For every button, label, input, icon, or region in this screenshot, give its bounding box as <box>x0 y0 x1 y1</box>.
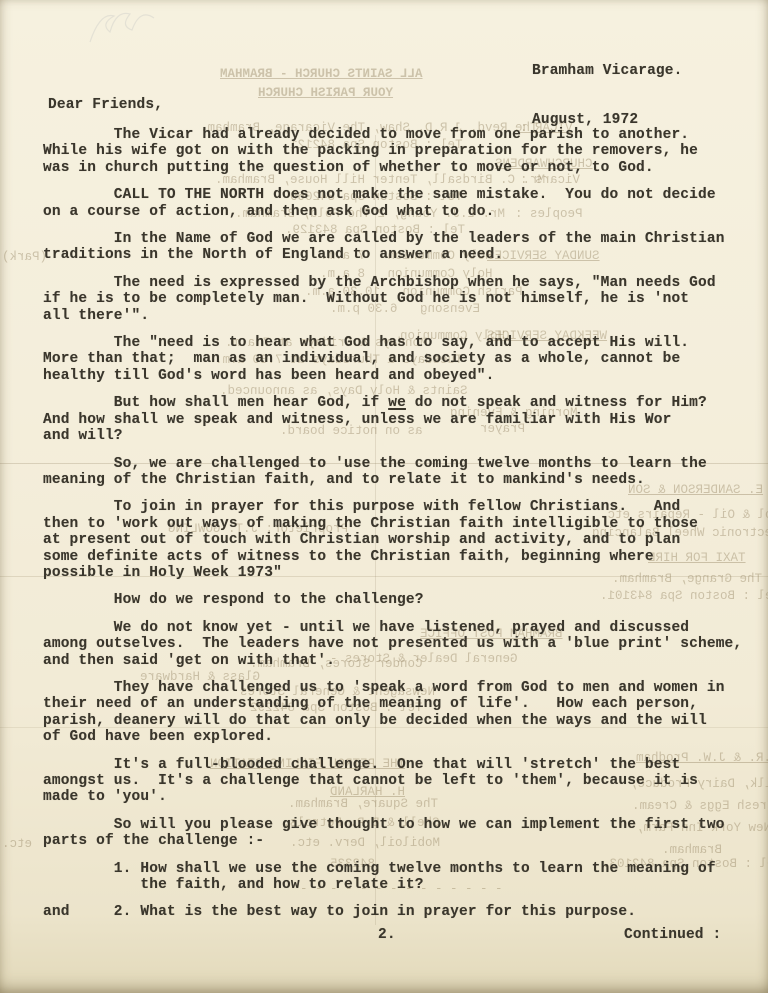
continued-label: Continued : <box>624 927 721 943</box>
bleedthrough-text: YOUR PARISH CHURCH <box>258 86 393 100</box>
text-line: The need is expressed by the Archbishop … <box>43 275 758 291</box>
text-line: all there'". <box>43 308 758 324</box>
text-line: The "need is to hear what God has to say… <box>43 335 758 351</box>
text-line: 1. How shall we use the coming twelve mo… <box>43 861 758 877</box>
text-line: of God have been explored. <box>43 729 758 745</box>
text-line: if he is to be completely man. Without G… <box>43 291 758 307</box>
text-line: So, we are challenged to 'use the coming… <box>43 456 758 472</box>
paragraph: To join in prayer for this purpose with … <box>43 499 758 581</box>
bleedthrough-text: etc. <box>2 837 32 851</box>
text-line: While his wife got on with the packing i… <box>43 143 758 159</box>
text-line: But how shall men hear God, if we do not… <box>43 395 758 411</box>
text-line: parts of the challenge :- <box>43 833 758 849</box>
paragraph: The need is expressed by the Archbishop … <box>43 275 758 324</box>
text-line: CALL TO THE NORTH does not make the same… <box>43 187 758 203</box>
paragraph: In the Name of God we are called by the … <box>43 231 758 264</box>
text-line: The Vicar had already decided to move fr… <box>43 127 758 143</box>
paragraph: We do not know yet - until we have liste… <box>43 620 758 669</box>
text-line: More than that; man as an individual, an… <box>43 351 758 367</box>
text-line: They have challenged us to 'speak a word… <box>43 680 758 696</box>
letter-page: ALL SAINTS CHURCH - BRAMHAMYOUR PARISH C… <box>0 0 768 993</box>
sender-location: Bramham Vicarage. <box>532 63 682 79</box>
paragraph: They have challenged us to 'speak a word… <box>43 680 758 746</box>
text-line: then to 'work out ways of making the Chr… <box>43 516 758 532</box>
bleedthrough-text: ALL SAINTS CHURCH - BRAMHAM <box>220 67 423 81</box>
text-line: To join in prayer for this purpose with … <box>43 499 758 515</box>
paragraph: The "need is to hear what God has to say… <box>43 335 758 384</box>
paragraph: How do we respond to the challenge? <box>43 592 758 608</box>
letter-body: The Vicar had already decided to move fr… <box>43 127 758 932</box>
text-line: was in church putting the question of wh… <box>43 160 758 176</box>
text-line: meaning of the Christian faith, and to r… <box>43 472 758 488</box>
text-line: and then said 'get on with that'. <box>43 653 758 669</box>
text-line: among outselves. The leaders have not pr… <box>43 636 758 652</box>
paragraph: CALL TO THE NORTH does not make the same… <box>43 187 758 220</box>
text-line: It's a full-blooded challenge. One that … <box>43 757 758 773</box>
paragraph: So, we are challenged to 'use the coming… <box>43 456 758 489</box>
text-line: We do not know yet - until we have liste… <box>43 620 758 636</box>
paragraph: The Vicar had already decided to move fr… <box>43 127 758 176</box>
text-line: possible in Holy Week 1973" <box>43 565 758 581</box>
text-line: their need of an understanding of the me… <box>43 696 758 712</box>
paragraph: But how shall men hear God, if we do not… <box>43 395 758 444</box>
text-line: and 2. What is the best way to join in p… <box>43 904 758 920</box>
paragraph: and 2. What is the best way to join in p… <box>43 904 758 920</box>
paragraph: It's a full-blooded challenge. One that … <box>43 757 758 806</box>
text-line: and will? <box>43 428 758 444</box>
letter-date: August, 1972 <box>532 112 682 128</box>
text-line: amongst us. It's a challenge that cannot… <box>43 773 758 789</box>
paragraph: 1. How shall we use the coming twelve mo… <box>43 861 758 894</box>
text-line: In the Name of God we are called by the … <box>43 231 758 247</box>
text-line: And how shall we speak and witness, unle… <box>43 412 758 428</box>
pencil-scribble <box>70 2 180 52</box>
text-line: healthy till God's word has been heard a… <box>43 368 758 384</box>
bleedthrough-text: (Park) <box>2 250 47 264</box>
text-line: made to 'you'. <box>43 789 758 805</box>
text-line: the faith, and how to relate it? <box>43 877 758 893</box>
page-number: 2. <box>378 927 396 943</box>
text-line: some definite acts of witness to the Chr… <box>43 549 758 565</box>
text-line: So will you please give thought to how w… <box>43 817 758 833</box>
text-line: traditions in the North of England to an… <box>43 247 758 263</box>
text-line: parish, deanery will do that can only be… <box>43 713 758 729</box>
text-line: at present out of touch with Christian w… <box>43 532 758 548</box>
text-line: on a course of action, and then ask God … <box>43 204 758 220</box>
paragraph: So will you please give thought to how w… <box>43 817 758 850</box>
salutation: Dear Friends, <box>48 97 163 113</box>
text-line: How do we respond to the challenge? <box>43 592 758 608</box>
